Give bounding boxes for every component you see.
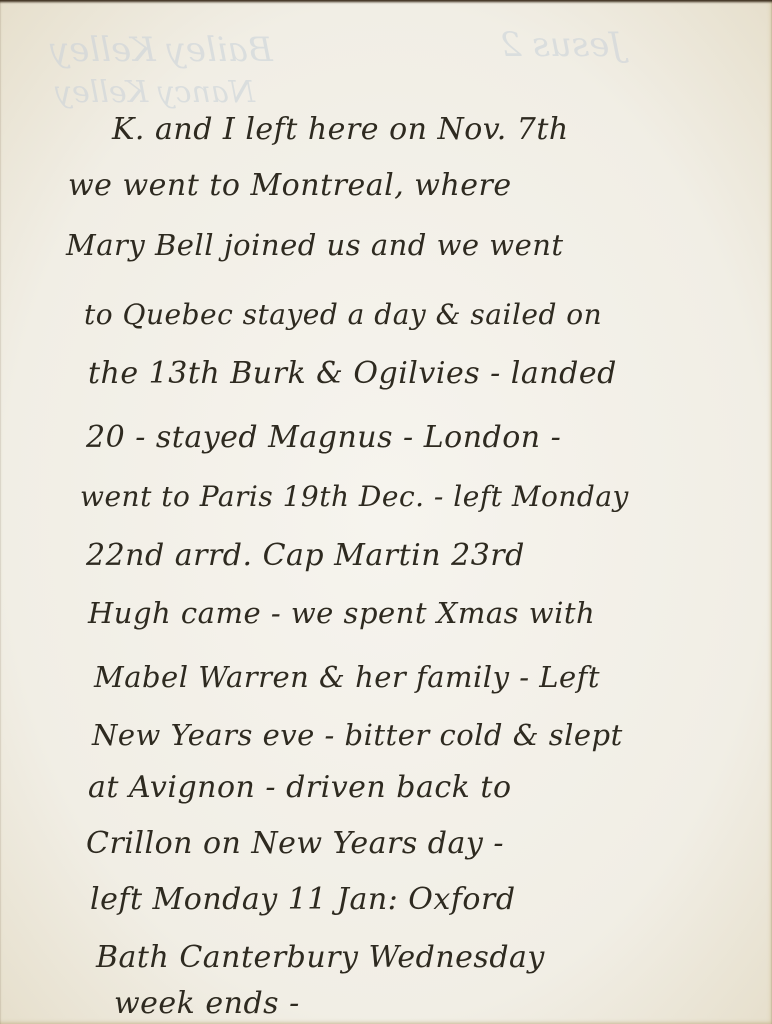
handwritten-line: Hugh came - we spent Xmas with	[88, 596, 595, 630]
handwritten-line: K. and I left here on Nov. 7th	[112, 112, 569, 147]
handwritten-line: the 13th Burk & Ogilvies - landed	[88, 356, 617, 391]
handwritten-line: to Quebec stayed a day & sailed on	[84, 298, 602, 331]
bleed-through-text: Nancy Kelley	[55, 75, 255, 110]
handwritten-line: week ends -	[114, 986, 300, 1021]
handwritten-line: left Monday 11 Jan: Oxford	[90, 882, 516, 917]
manuscript-page: Bailey Kelley Jesus 2 Nancy Kelley K. an…	[0, 0, 772, 1024]
handwritten-line: New Years eve - bitter cold & slept	[92, 718, 623, 752]
handwritten-line: we went to Montreal, where	[68, 168, 512, 203]
handwritten-line: went to Paris 19th Dec. - left Monday	[80, 480, 629, 513]
bleed-through-text: Bailey Kelley	[50, 30, 273, 70]
handwritten-line: Mabel Warren & her family - Left	[94, 660, 600, 694]
bleed-through-text: Jesus 2	[500, 25, 623, 65]
handwritten-line: Mary Bell joined us and we went	[66, 228, 564, 262]
handwritten-line: at Avignon - driven back to	[88, 770, 512, 805]
handwritten-line: Bath Canterbury Wednesday	[96, 940, 545, 975]
handwritten-line: Crillon on New Years day -	[86, 826, 504, 861]
handwritten-line: 20 - stayed Magnus - London -	[86, 420, 561, 455]
handwritten-line: 22nd arrd. Cap Martin 23rd	[86, 538, 525, 573]
